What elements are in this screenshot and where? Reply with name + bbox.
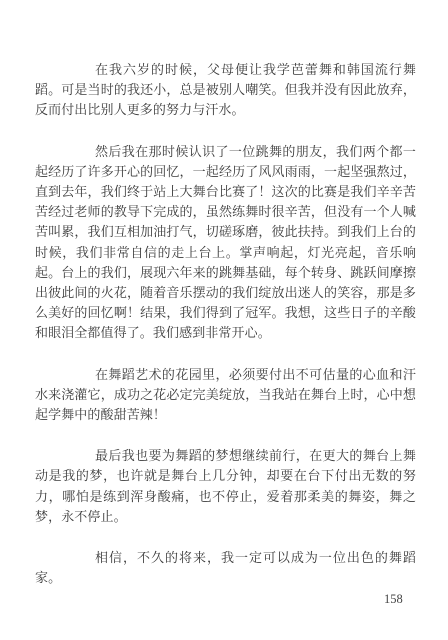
paragraph-3: 在舞蹈艺术的花园里，必须要付出不可估量的心血和汗水来浇灌它，成功之花必定完美绽放… [35, 365, 416, 426]
document-page: 在我六岁的时候，父母便让我学芭蕾舞和韩国流行舞蹈。可是当时的我还小，总是被别人嘲… [0, 0, 448, 640]
page-number: 158 [384, 592, 403, 607]
essay-body: 在我六岁的时候，父母便让我学芭蕾舞和韩国流行舞蹈。可是当时的我还小，总是被别人嘲… [35, 60, 416, 609]
paragraph-4: 最后我也要为舞蹈的梦想继续前行，在更大的舞台上舞动是我的梦，也许就是舞台上几分钟… [35, 446, 416, 527]
paragraph-2: 然后我在那时候认识了一位跳舞的朋友，我们两个都一起经历了许多开心的回忆，一起经历… [35, 142, 416, 344]
paragraph-5: 相信，不久的将来，我一定可以成为一位出色的舞蹈家。 [35, 548, 416, 588]
paragraph-1: 在我六岁的时候，父母便让我学芭蕾舞和韩国流行舞蹈。可是当时的我还小，总是被别人嘲… [35, 60, 416, 121]
